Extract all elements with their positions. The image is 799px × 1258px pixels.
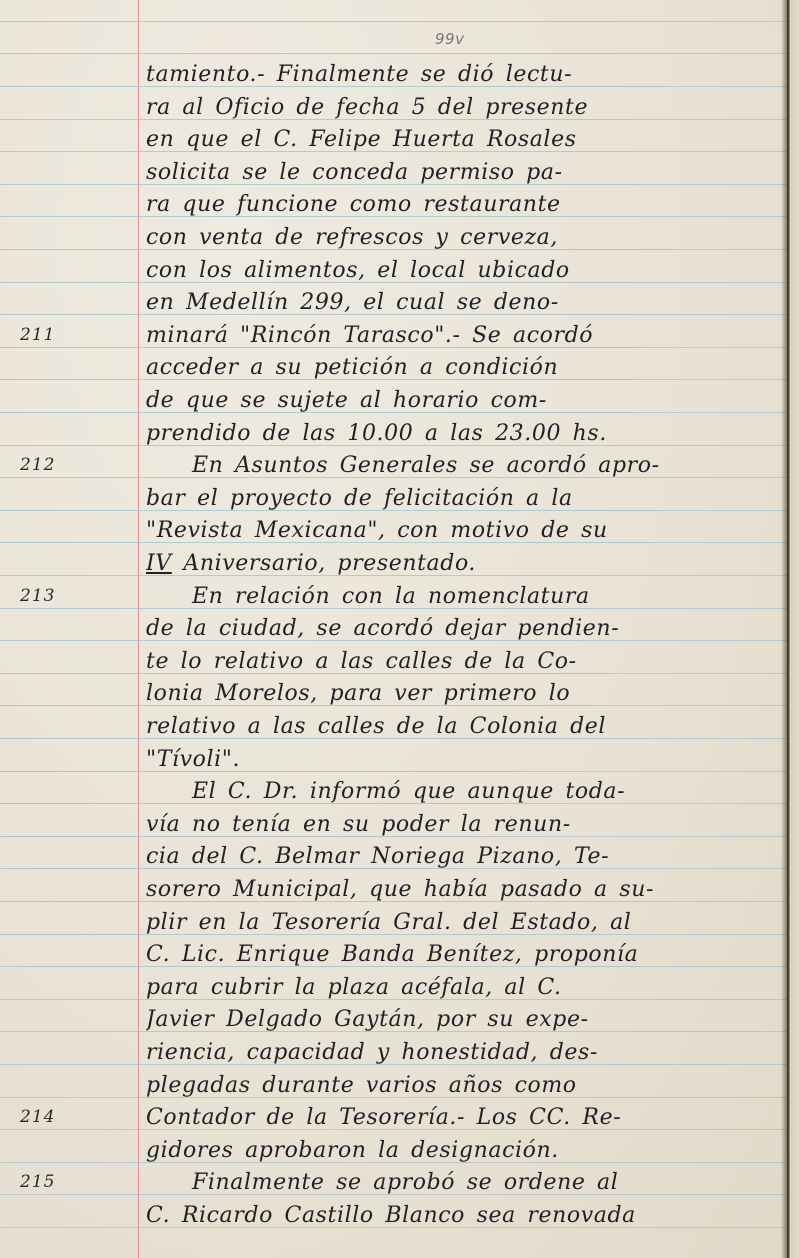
ruled-line: [0, 53, 787, 54]
text-line: ra al Oficio de fecha 5 del presente: [146, 95, 774, 121]
text-line: ra que funcione como restaurante: [146, 192, 774, 218]
entry-number-213: 213: [20, 586, 55, 606]
text-line: de la ciudad, se acordó dejar pendien-: [146, 616, 774, 642]
text-line: En relación con la nomenclatura: [146, 584, 774, 610]
text-line: prendido de las 10.00 a las 23.00 hs.: [146, 421, 774, 447]
text-line: En Asuntos Generales se acordó apro-: [146, 453, 774, 479]
ruled-line: [0, 21, 787, 22]
text-line: relativo a las calles de la Colonia del: [146, 714, 774, 740]
text-line: de que se sujete al horario com-: [146, 388, 774, 414]
text-line: El C. Dr. informó que aunque toda-: [146, 779, 774, 805]
text-line: Contador de la Tesorería.- Los CC. Re-: [146, 1105, 774, 1131]
text-line: minará "Rincón Tarasco".- Se acordó: [146, 323, 774, 349]
text-line: para cubrir la plaza acéfala, al C.: [146, 975, 774, 1001]
text-line: C. Ricardo Castillo Blanco sea renovada: [146, 1203, 774, 1229]
text-line: sorero Municipal, que había pasado a su-: [146, 877, 774, 903]
text-line: con venta de refrescos y cerveza,: [146, 225, 774, 251]
text-line: C. Lic. Enrique Banda Benítez, proponía: [146, 942, 774, 968]
text-line: con los alimentos, el local ubicado: [146, 258, 774, 284]
text-line: Finalmente se aprobó se ordene al: [146, 1170, 774, 1196]
entry-number-214: 214: [20, 1107, 55, 1127]
entry-number-215: 215: [20, 1172, 55, 1192]
text-line: Javier Delgado Gaytán, por su expe-: [146, 1007, 774, 1033]
text-line: bar el proyecto de felicitación a la: [146, 486, 774, 512]
text-line: IV Aniversario, presentado.: [146, 551, 774, 577]
text-line: lonia Morelos, para ver primero lo: [146, 681, 774, 707]
text-line: gidores aprobaron la designación.: [146, 1138, 774, 1164]
text-line: te lo relativo a las calles de la Co-: [146, 649, 774, 675]
entry-number-212: 212: [20, 455, 55, 475]
text-line: cia del C. Belmar Noriega Pizano, Te-: [146, 844, 774, 870]
ledger-page: 99v 211212213214215 tamiento.- Finalment…: [0, 0, 787, 1258]
text-line: en Medellín 299, el cual se deno-: [146, 290, 774, 316]
page-binding-edge: [787, 0, 799, 1258]
text-line: plegadas durante varios años como: [146, 1073, 774, 1099]
text-line: en que el C. Felipe Huerta Rosales: [146, 127, 774, 153]
folio-number: 99v: [435, 30, 464, 48]
text-line: acceder a su petición a condición: [146, 355, 774, 381]
entry-number-211: 211: [20, 325, 55, 345]
text-line: "Tívoli".: [146, 747, 774, 773]
red-margin-line: [138, 0, 139, 1258]
text-line: solicita se le conceda permiso pa-: [146, 160, 774, 186]
text-line: vía no tenía en su poder la renun-: [146, 812, 774, 838]
text-line: plir en la Tesorería Gral. del Estado, a…: [146, 910, 774, 936]
text-line: tamiento.- Finalmente se dió lectu-: [146, 62, 774, 88]
text-line: "Revista Mexicana", con motivo de su: [146, 518, 774, 544]
text-line: riencia, capacidad y honestidad, des-: [146, 1040, 774, 1066]
